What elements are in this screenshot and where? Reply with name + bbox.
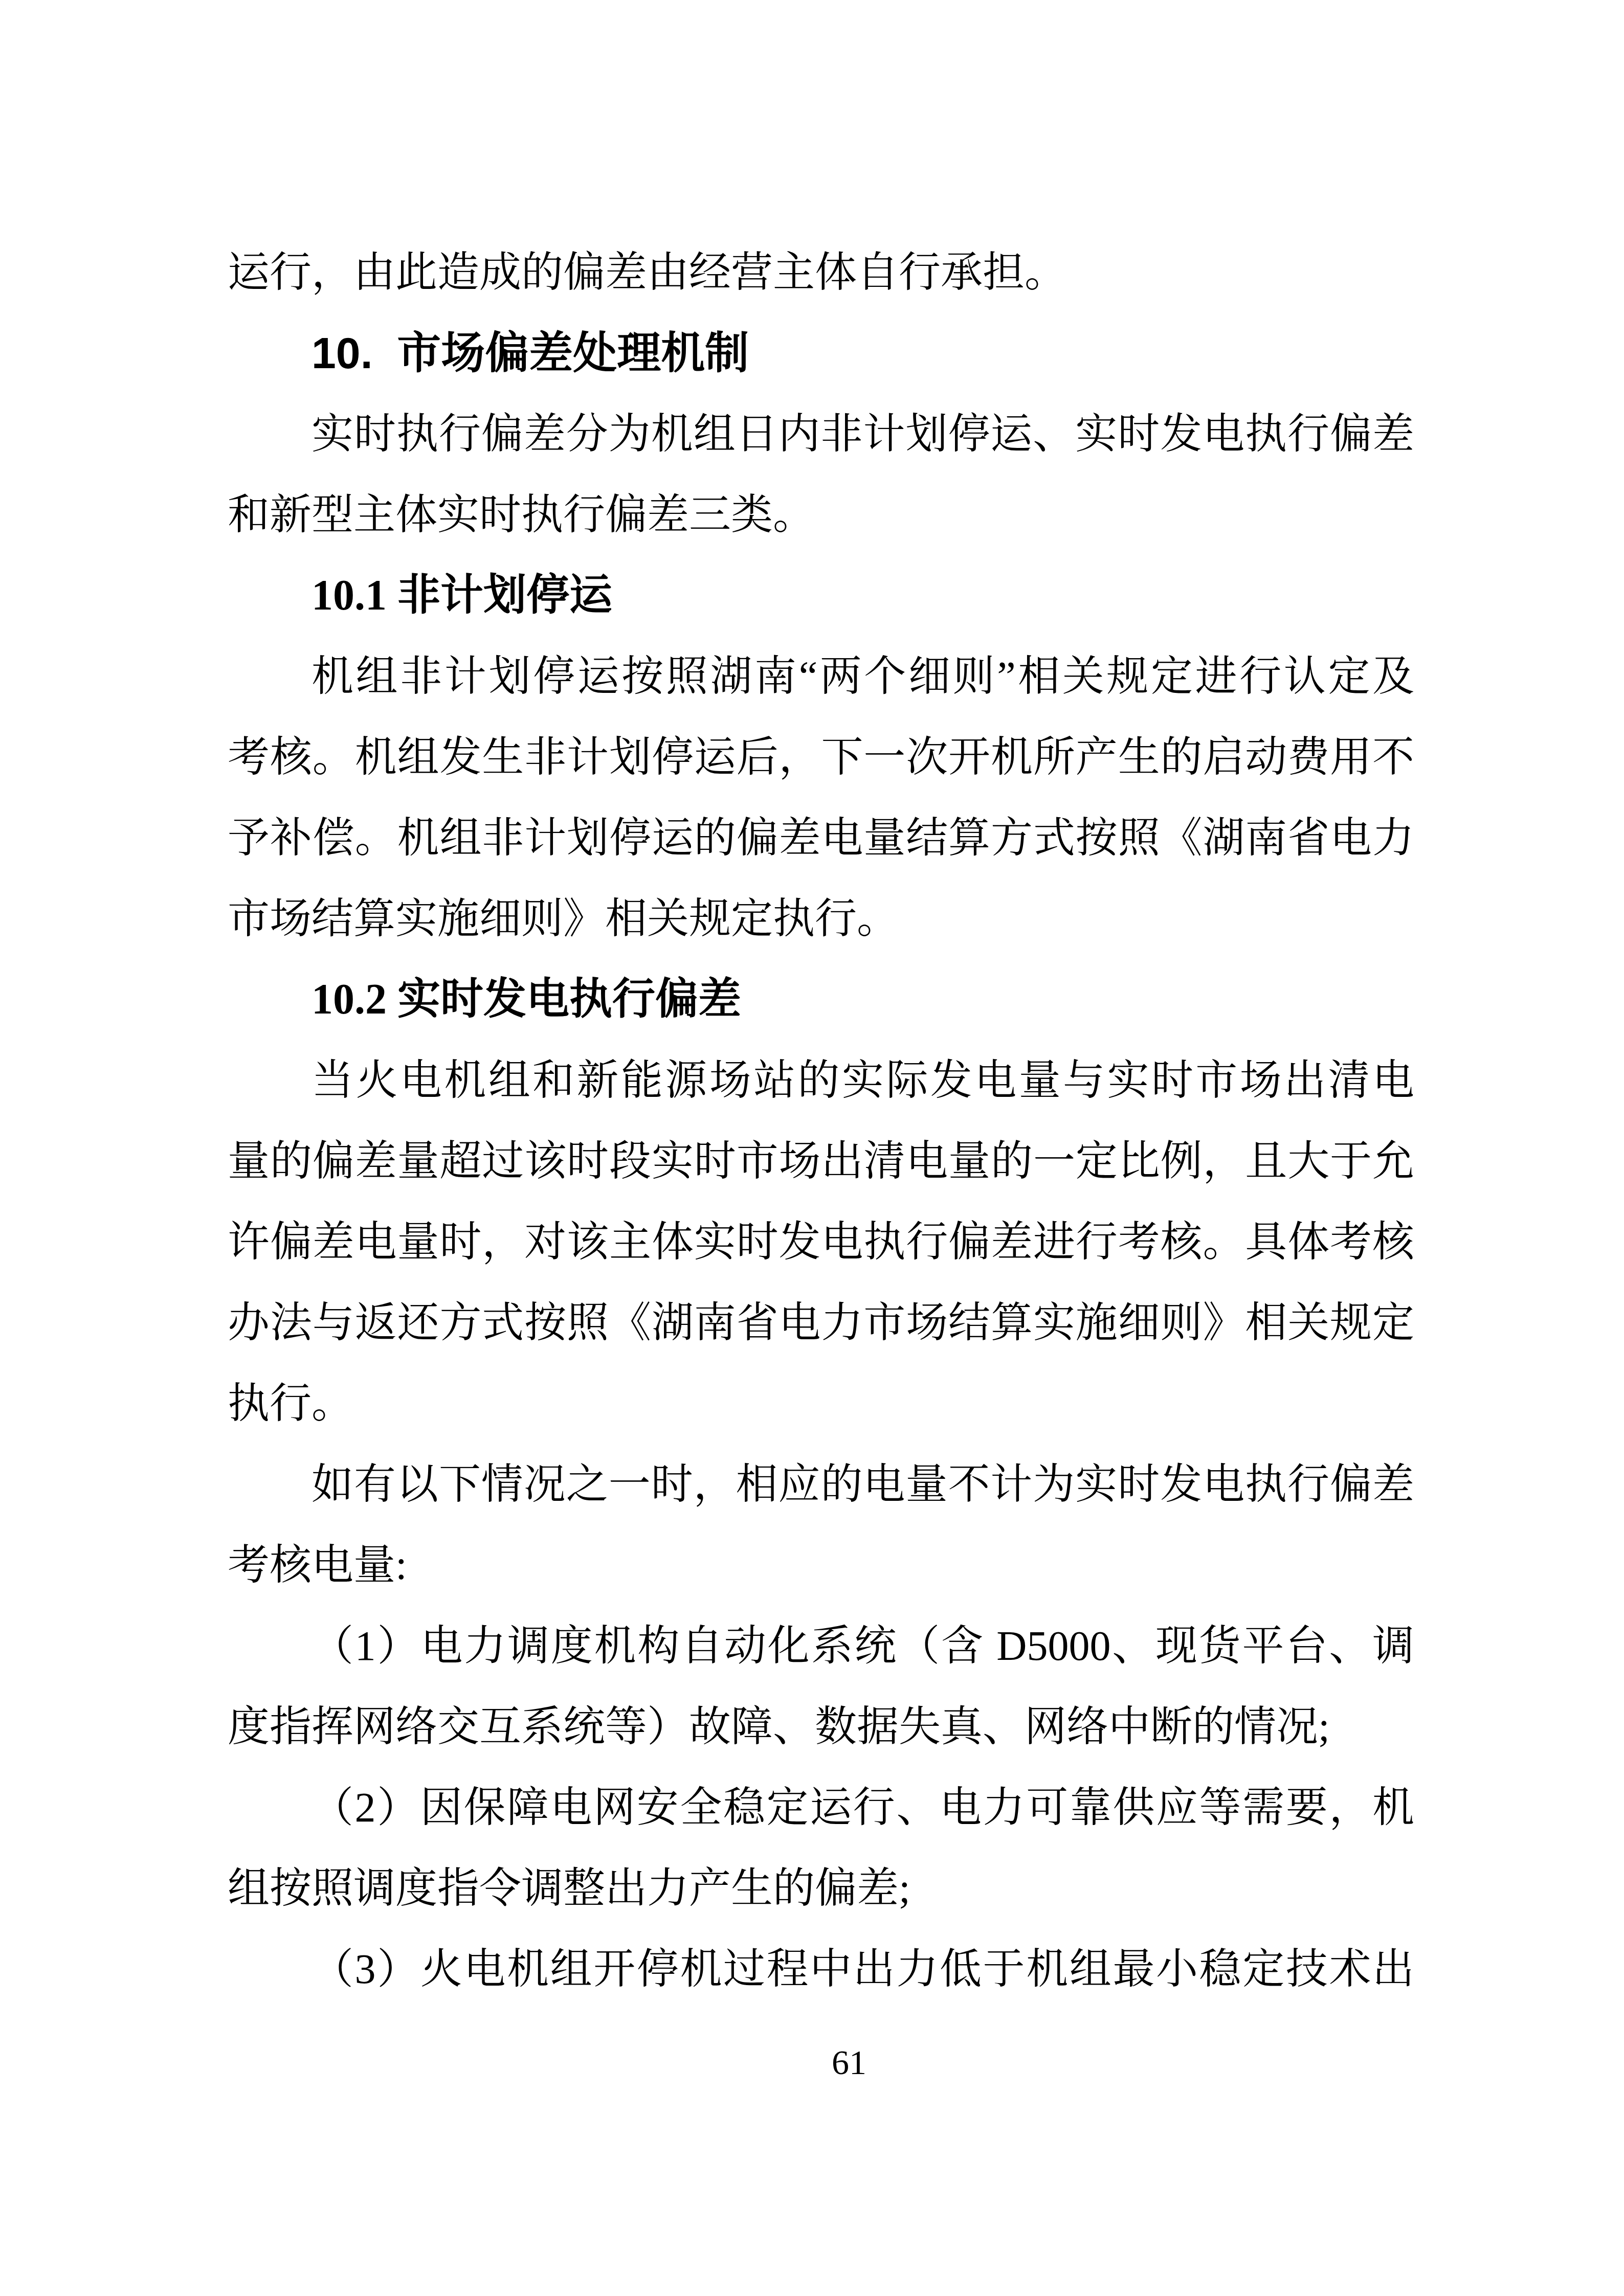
document-page: 运行，由此造成的偏差由经营主体自行承担。 10. 市场偏差处理机制 实时执行偏差… [0, 0, 1624, 2296]
paragraph-line: 许偏差电量时，对该主体实时发电执行偏差进行考核。具体考核 [228, 1202, 1414, 1282]
paragraph-line: 市场结算实施细则》相关规定执行。 [228, 879, 1414, 959]
list-item-1-line: （1）电力调度机构自动化系统（含 D5000、现货平台、调 [228, 1606, 1414, 1686]
paragraph-line: 量的偏差量超过该时段实时市场出清电量的一定比例，且大于允 [228, 1121, 1414, 1202]
paragraph-line: 如有以下情况之一时，相应的电量不计为实时发电执行偏差 [228, 1444, 1414, 1525]
paragraph-line: 办法与返还方式按照《湖南省电力市场结算实施细则》相关规定 [228, 1282, 1414, 1363]
paragraph-line: 予补偿。机组非计划停运的偏差电量结算方式按照《湖南省电力 [228, 798, 1414, 879]
section-heading-10-1: 10.1 非计划停运 [228, 555, 1414, 636]
paragraph-line: 和新型主体实时执行偏差三类。 [228, 475, 1414, 555]
section-heading-10-2: 10.2 实时发电执行偏差 [228, 959, 1414, 1040]
list-item-2-line: （2）因保障电网安全稳定运行、电力可靠供应等需要，机 [228, 1767, 1414, 1848]
paragraph-line: 考核。机组发生非计划停运后，下一次开机所产生的启动费用不 [228, 717, 1414, 798]
list-item-3-line: （3）火电机组开停机过程中出力低于机组最小稳定技术出 [228, 1929, 1414, 2010]
paragraph-line: 执行。 [228, 1363, 1414, 1444]
paragraph-line: 运行，由此造成的偏差由经营主体自行承担。 [228, 232, 1414, 313]
paragraph-line: 实时执行偏差分为机组日内非计划停运、实时发电执行偏差 [228, 394, 1414, 475]
paragraph-line: 当火电机组和新能源场站的实际发电量与实时市场出清电 [228, 1040, 1414, 1121]
page-number: 61 [803, 2039, 895, 2085]
paragraph-line: 考核电量: [228, 1525, 1414, 1606]
list-item-2-line: 组按照调度指令调整出力产生的偏差; [228, 1848, 1414, 1929]
section-heading-10: 10. 市场偏差处理机制 [228, 313, 1414, 394]
document-text-block: 运行，由此造成的偏差由经营主体自行承担。 10. 市场偏差处理机制 实时执行偏差… [228, 232, 1414, 2010]
list-item-1-line: 度指挥网络交互系统等）故障、数据失真、网络中断的情况; [228, 1686, 1414, 1767]
paragraph-line: 机组非计划停运按照湖南“两个细则”相关规定进行认定及 [228, 636, 1414, 717]
